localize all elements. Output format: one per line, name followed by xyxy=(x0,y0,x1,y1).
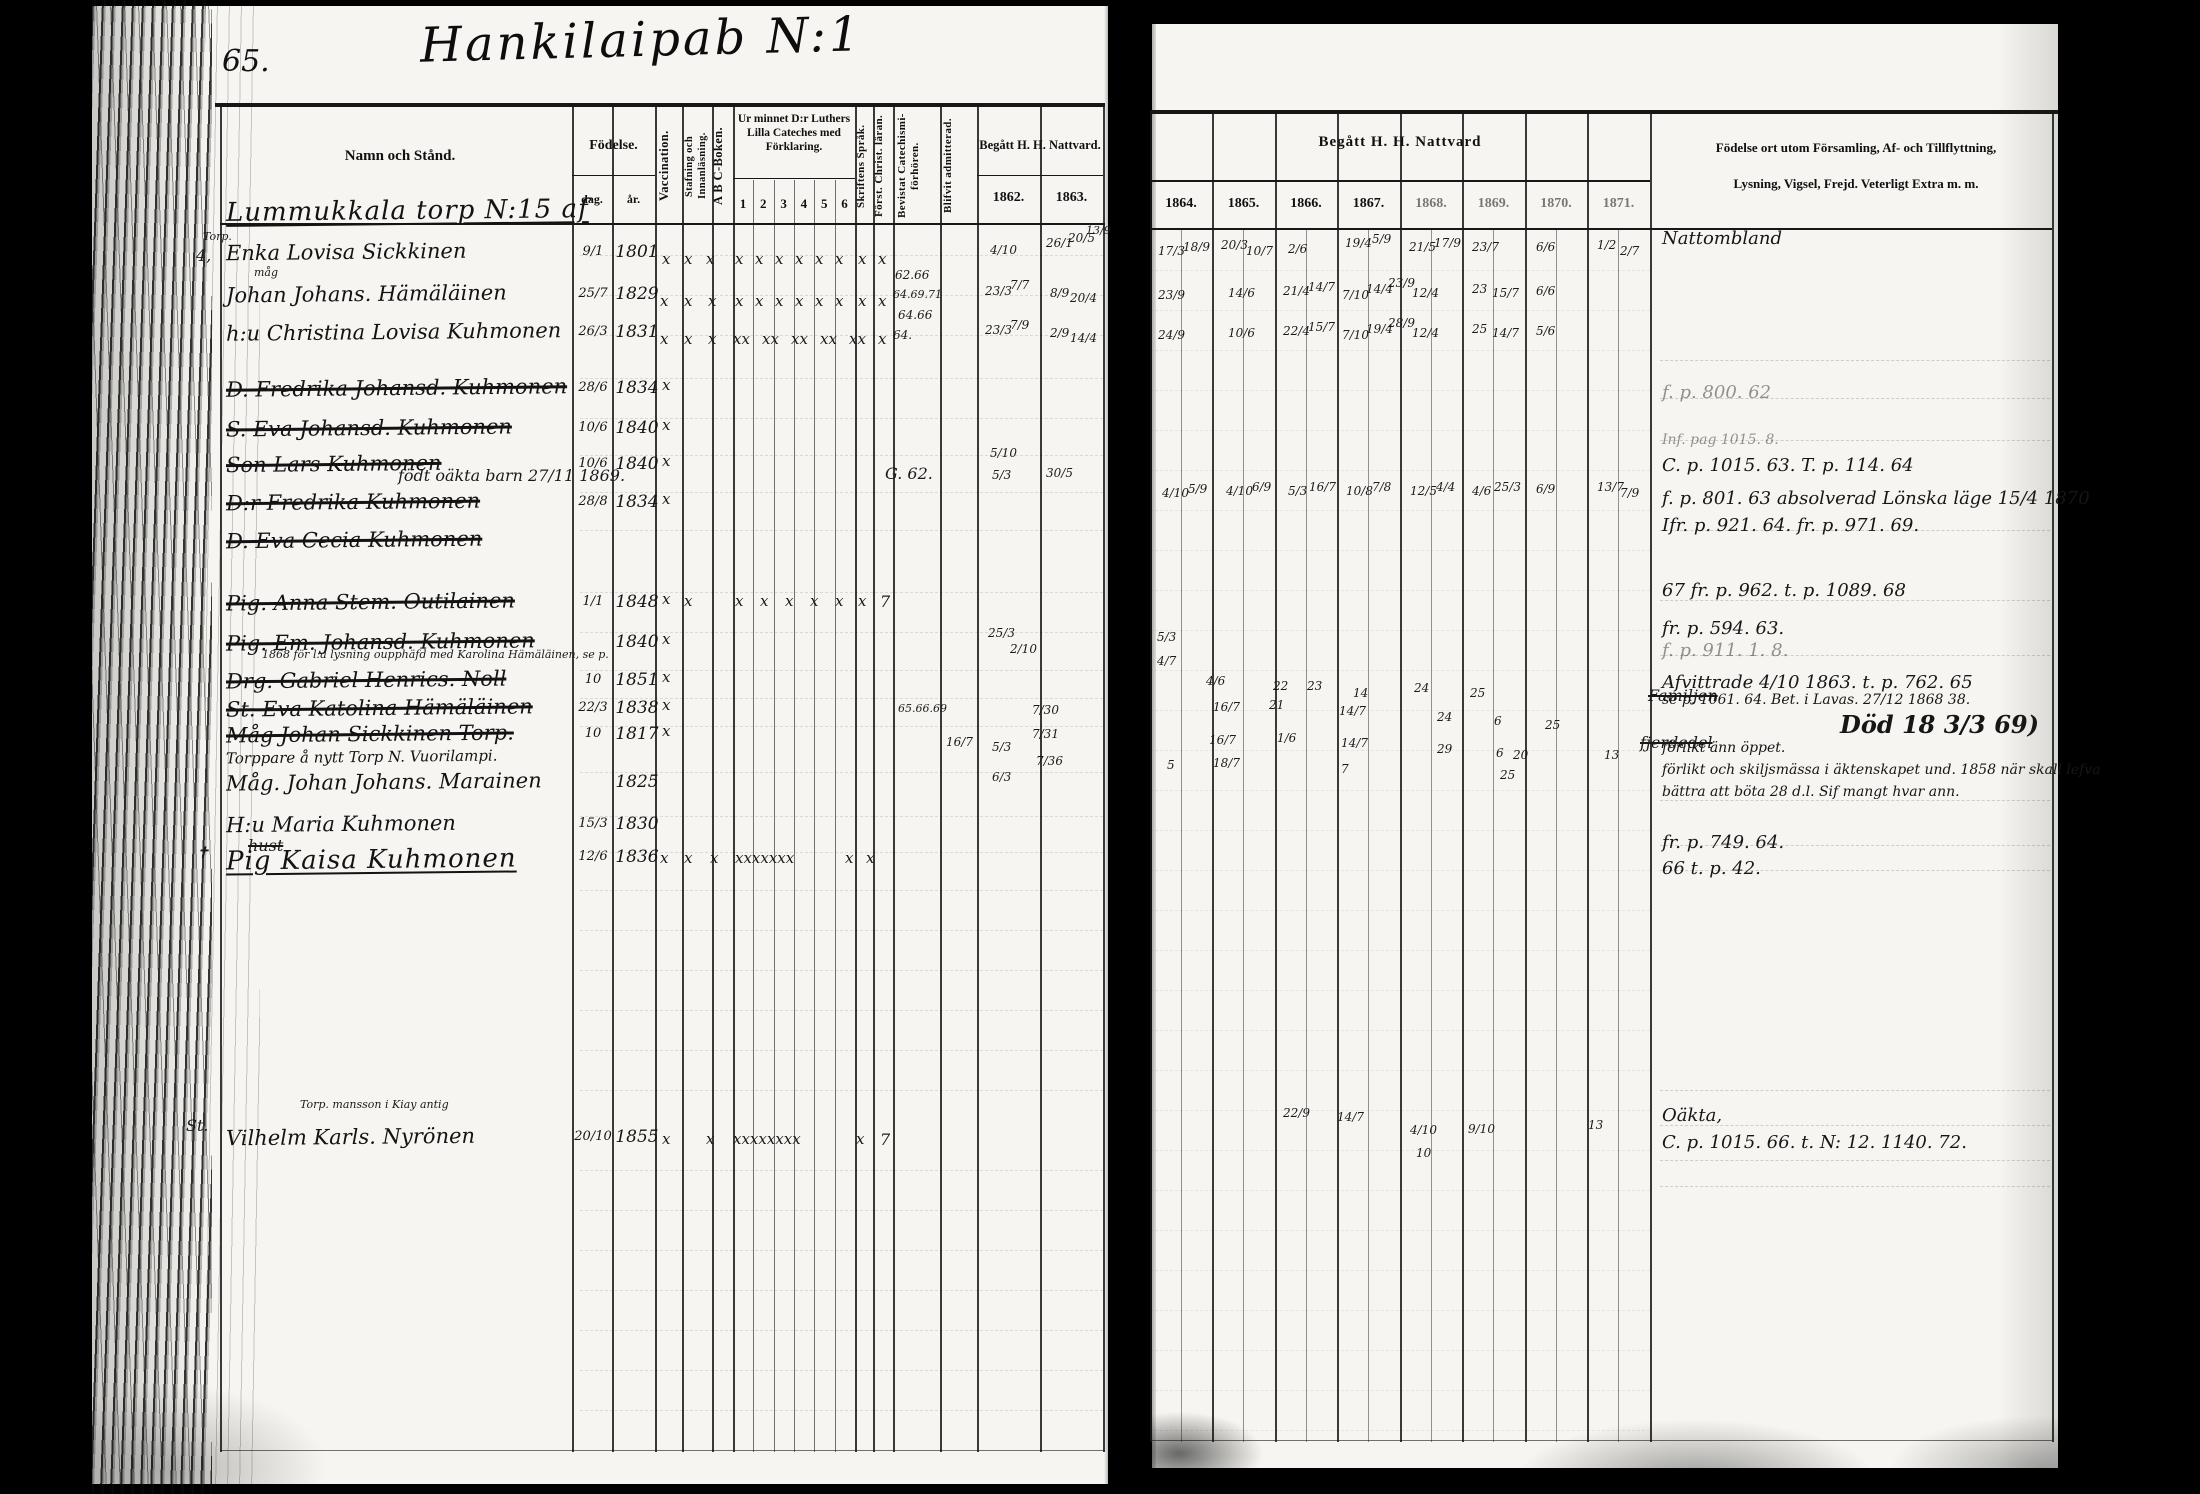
birth-day: 20/10 xyxy=(574,1129,612,1144)
handwritten-mark: 7/10 xyxy=(1342,328,1369,342)
table-line xyxy=(1150,1440,2052,1441)
table-line xyxy=(572,175,655,176)
birth-day: 9/1 xyxy=(574,244,612,259)
handwritten-mark: xxxxxxxx xyxy=(733,1130,801,1148)
faint-rule xyxy=(1660,1160,2050,1161)
handwritten-mark: 24 xyxy=(1414,681,1429,695)
handwritten-mark: 23/7 xyxy=(1472,240,1499,254)
handwritten-mark: xxxxxxx xyxy=(735,849,794,867)
handwritten-mark: x xyxy=(845,849,853,867)
faint-rule xyxy=(1150,750,1650,751)
handwritten-mark: 22/4 xyxy=(1283,324,1310,338)
table-line xyxy=(1462,112,1464,1442)
birth-year: 1801 xyxy=(614,242,660,262)
col-header-namn: Namn och Stånd. xyxy=(230,148,570,165)
handwritten-mark: 14/6 xyxy=(1228,286,1255,300)
handwritten-mark: 23/3 xyxy=(985,284,1012,298)
year-column-label: 1865. xyxy=(1213,196,1275,212)
handwritten-mark: 25 xyxy=(1472,322,1487,336)
handwritten-mark: x xyxy=(856,1130,864,1148)
record-row: Lummukkala torp N:15 af xyxy=(190,196,680,238)
col-header-stafning: Stafning och Innanläsning. xyxy=(683,110,711,222)
handwritten-mark: 7 xyxy=(1341,762,1349,776)
record-row: D. Eva Cecia Kuhmonen xyxy=(190,528,680,570)
col-header-skriftens: Skriftens Språk. xyxy=(855,110,873,222)
margin-annotation: f. p. 800. 62 xyxy=(1662,382,1771,403)
handwritten-mark: x xyxy=(878,330,886,348)
handwritten-mark: 10 xyxy=(1416,1146,1431,1160)
faint-rule xyxy=(580,1090,1103,1091)
birth-year: 1829 xyxy=(614,284,660,304)
handwritten-mark: 21 xyxy=(1269,698,1284,712)
birth-day: 28/6 xyxy=(574,380,612,395)
faint-rule xyxy=(1150,990,1650,991)
faint-rule xyxy=(1150,510,1650,511)
year-column-label: 1868. xyxy=(1400,196,1462,212)
faint-rule xyxy=(1150,550,1650,551)
faint-rule xyxy=(1150,910,1650,911)
person-name: D. Fredrika Johansd. Kuhmonen xyxy=(226,374,567,402)
handwritten-mark: hust xyxy=(248,836,283,855)
handwritten-mark: x xyxy=(662,696,670,714)
handwritten-mark: x xyxy=(866,849,874,867)
handwritten-mark: 6/3 xyxy=(992,770,1011,784)
faint-rule xyxy=(1150,1190,1650,1191)
handwritten-mark: 7 xyxy=(880,1130,890,1149)
faint-rule xyxy=(1150,1030,1650,1031)
handwritten-mark: x xyxy=(755,292,763,310)
handwritten-mark: St. xyxy=(186,1116,208,1135)
handwritten-mark: 4/10 xyxy=(1410,1123,1437,1137)
handwritten-mark: 24 xyxy=(1437,710,1452,724)
page-title-handwritten: Hankilaipab N:1 xyxy=(419,6,863,74)
handwritten-mark: 9/10 xyxy=(1468,1122,1495,1136)
faint-rule xyxy=(1660,360,2050,361)
handwritten-mark: x xyxy=(710,849,718,867)
faint-rule xyxy=(1150,1230,1650,1231)
margin-annotation: Nattombland xyxy=(1662,228,1782,249)
record-row: h:u Christina Lovisa Kuhmonen26/31831 xyxy=(190,320,680,362)
col-header-forst-christ: Först. Christ. läran. xyxy=(873,110,893,222)
handwritten-mark: 14/7 xyxy=(1492,326,1519,340)
handwritten-mark: xx xyxy=(849,330,866,348)
handwritten-mark: x xyxy=(735,250,743,268)
faint-rule xyxy=(1150,1150,1650,1151)
table-line xyxy=(1150,112,1152,1442)
margin-annotation: 66 t. p. 42. xyxy=(1662,858,1761,879)
handwritten-mark: 6 xyxy=(1494,714,1502,728)
faint-rule xyxy=(1150,1390,1650,1391)
handwritten-mark: 6/6 xyxy=(1536,284,1555,298)
handwritten-mark: 2/9 xyxy=(1050,326,1069,340)
handwritten-mark: x xyxy=(835,250,843,268)
year-column-label: 1869. xyxy=(1463,196,1525,212)
handwritten-mark: x xyxy=(735,592,743,610)
handwritten-mark: x xyxy=(662,490,670,508)
handwritten-mark: 4/10 xyxy=(1162,486,1189,500)
record-row: D. Fredrika Johansd. Kuhmonen28/61834 xyxy=(190,376,680,418)
handwritten-mark: 4/7 xyxy=(1157,654,1176,668)
margin-annotation: f. p. 911. 1. 8. xyxy=(1662,640,1788,661)
handwritten-mark: x xyxy=(662,590,670,608)
margin-annotation: fr. p. 594. 63. xyxy=(1662,618,1784,639)
handwritten-mark: x xyxy=(662,416,670,434)
handwritten-mark: 13/9 xyxy=(1086,224,1111,237)
birth-day: 10 xyxy=(574,726,612,741)
birth-year: 1840 xyxy=(614,632,660,652)
year-column-label: 1867. xyxy=(1338,196,1400,212)
record-row: Johan Johans. Hämäläinen25/71829 xyxy=(190,282,680,324)
birth-year: 1830 xyxy=(614,814,660,834)
col-header-cateches: Ur minnet D:r Luthers Lilla Cateches med… xyxy=(735,112,853,154)
faint-rule xyxy=(1660,1090,2050,1091)
year-column-label: 1871. xyxy=(1588,196,1650,212)
handwritten-mark: 18/9 xyxy=(1183,240,1210,254)
margin-annotation: se p. 1061. 64. Bet. i Lavas. 27/12 1868… xyxy=(1662,692,1970,708)
birth-day: 10 xyxy=(574,672,612,687)
handwritten-mark: 8/9 xyxy=(1050,286,1069,300)
table-line xyxy=(1150,110,2058,114)
birth-year: 1834 xyxy=(614,492,660,512)
handwritten-mark: x xyxy=(684,592,692,610)
handwritten-mark: x xyxy=(684,292,692,310)
handwritten-mark: 20/3 xyxy=(1221,238,1248,252)
record-row: Vilhelm Karls. Nyrönen20/101855 xyxy=(190,1125,680,1167)
handwritten-mark: x xyxy=(815,250,823,268)
handwritten-mark: x xyxy=(662,630,670,648)
table-line xyxy=(733,178,855,179)
handwritten-mark: G. 62. xyxy=(885,464,933,483)
handwritten-mark: 62.66 xyxy=(895,268,929,282)
handwritten-mark: x xyxy=(684,330,692,348)
handwritten-mark: x xyxy=(878,292,886,310)
birth-day: 26/3 xyxy=(574,324,612,339)
handwritten-mark: 19/4 xyxy=(1345,236,1372,250)
handwritten-mark: 7/9 xyxy=(1620,486,1639,500)
faint-rule xyxy=(1150,1110,1650,1111)
person-name: Vilhelm Karls. Nyrönen xyxy=(226,1124,475,1151)
person-name: Måg Johan Sickkinen Torp. xyxy=(226,720,514,747)
handwritten-mark: x xyxy=(708,292,716,310)
handwritten-mark: 20 xyxy=(1513,748,1528,762)
handwritten-mark: x xyxy=(662,452,670,470)
handwritten-mark: x xyxy=(662,250,670,268)
handwritten-mark: 16/7 xyxy=(1309,480,1336,494)
handwritten-mark: 7/9 xyxy=(1010,318,1029,332)
info-col-header-line1: Födelse ort utom Församling, Af- och Til… xyxy=(1660,140,2052,156)
year-column-label: 1864. xyxy=(1150,196,1212,212)
handwritten-mark: x xyxy=(878,250,886,268)
handwritten-mark: 1/6 xyxy=(1277,731,1296,745)
faint-rule xyxy=(580,930,1103,931)
faint-rule xyxy=(1150,470,1650,471)
handwritten-mark: 6 xyxy=(1496,746,1504,760)
faint-rule xyxy=(580,1410,1103,1411)
handwritten-mark: Torp. mansson i Kiay antig xyxy=(300,1098,449,1111)
handwritten-mark: x xyxy=(835,592,843,610)
abc-subcolumn-number: 5 xyxy=(814,196,834,212)
faint-rule xyxy=(1660,800,2050,801)
handwritten-mark: 64.69.71 xyxy=(893,288,942,301)
faint-rule xyxy=(1150,1350,1650,1351)
person-name: Lummukkala torp N:15 af xyxy=(226,194,589,228)
handwritten-mark: 65.66.69 xyxy=(898,702,947,715)
margin-annotation: Död 18 3/3 69) xyxy=(1840,710,2039,739)
handwritten-mark: x xyxy=(660,292,668,310)
birth-year: 1834 xyxy=(614,378,660,398)
margin-annotation: Afvittrade 4/10 1863. t. p. 762. 65 xyxy=(1662,672,1973,693)
birth-year: 1848 xyxy=(614,592,660,612)
person-name: Måg. Johan Johans. Marainen xyxy=(226,768,542,795)
margin-annotation: Ifr. p. 921. 64. fr. p. 971. 69. xyxy=(1662,515,1919,536)
handwritten-mark: x xyxy=(662,1130,670,1148)
handwritten-mark: x xyxy=(660,330,668,348)
handwritten-mark: födt oäkta barn 27/11 1869. xyxy=(398,466,625,485)
year-column-label: 1870. xyxy=(1525,196,1587,212)
handwritten-mark: 7 xyxy=(880,592,890,611)
handwritten-mark: 23 xyxy=(1307,679,1322,693)
faint-rule xyxy=(1150,270,1650,271)
handwritten-mark: x xyxy=(662,722,670,740)
handwritten-mark: 23/9 xyxy=(1158,288,1185,302)
handwritten-mark: 14/7 xyxy=(1339,704,1366,718)
handwritten-mark: 17/9 xyxy=(1434,236,1461,250)
handwritten-mark: 25/3 xyxy=(988,626,1015,640)
margin-annotation: fr. p. 749. 64. xyxy=(1662,832,1784,853)
record-row: D:r Fredrika Kuhmonen28/81834 xyxy=(190,490,680,532)
handwritten-mark: 4/10 xyxy=(1226,484,1253,498)
handwritten-mark: 28/9 xyxy=(1388,316,1415,330)
table-line xyxy=(1181,230,1182,1442)
handwritten-mark: x xyxy=(775,292,783,310)
margin-annotation: förlikt änn öppet. xyxy=(1662,740,1785,756)
page-number: 65. xyxy=(222,44,270,79)
record-row: Pig. Anna Stem. Outilainen1/11848 xyxy=(190,590,680,632)
handwritten-mark: 7/10 xyxy=(1342,288,1369,302)
handwritten-mark: 4/6 xyxy=(1206,674,1225,688)
handwritten-mark: 25/3 xyxy=(1494,480,1521,494)
table-line xyxy=(1556,230,1557,1442)
handwritten-mark: xx xyxy=(762,330,779,348)
handwritten-mark: x xyxy=(810,592,818,610)
handwritten-mark: xx xyxy=(791,330,808,348)
scanned-document-photo: 65. Hankilaipab N:1 Namn och Stånd. Föde… xyxy=(0,0,2200,1494)
handwritten-mark: 5/9 xyxy=(1188,482,1207,496)
abc-subcolumn-number: 3 xyxy=(774,196,794,212)
handwritten-mark: x xyxy=(775,250,783,268)
handwritten-mark: 7/31 xyxy=(1032,727,1059,741)
handwritten-mark: x xyxy=(706,250,714,268)
handwritten-mark: 5/3 xyxy=(992,468,1011,482)
col-header-abc-boken: A B C-Boken. xyxy=(712,110,732,222)
table-line xyxy=(1618,230,1619,1442)
faint-rule xyxy=(580,1210,1103,1211)
faint-rule xyxy=(1150,390,1650,391)
person-name: S. Eva Johansd. Kuhmonen xyxy=(226,415,512,442)
year-1862-63-label: 1862. xyxy=(977,190,1040,206)
person-name: St. Eva Katolina Hämäläinen xyxy=(226,694,533,721)
birth-year: 1825 xyxy=(614,772,660,792)
handwritten-mark: x xyxy=(684,250,692,268)
handwritten-mark: 6/9 xyxy=(1536,482,1555,496)
birth-day: 10/6 xyxy=(574,420,612,435)
handwritten-mark: 5/6 xyxy=(1536,324,1555,338)
handwritten-mark: 23/3 xyxy=(985,323,1012,337)
table-line xyxy=(1150,228,2052,230)
handwritten-mark: 2/6 xyxy=(1288,242,1307,256)
handwritten-mark: 4/4 xyxy=(1436,480,1455,494)
table-line xyxy=(1275,112,1277,1442)
handwritten-mark: 25 xyxy=(1545,718,1560,732)
handwritten-mark: 4, xyxy=(196,246,211,265)
handwritten-mark: x xyxy=(662,668,670,686)
faint-rule xyxy=(1660,1186,2050,1187)
faint-rule xyxy=(1150,1430,1650,1431)
handwritten-mark: 14/7 xyxy=(1337,1110,1364,1124)
faint-rule xyxy=(1150,590,1650,591)
faint-rule xyxy=(1150,1270,1650,1271)
margin-annotation: Oäkta, xyxy=(1662,1105,1722,1126)
margin-annotation: Inf. pag 1015. 8. xyxy=(1662,432,1779,448)
handwritten-mark: 64.66 xyxy=(898,308,932,322)
handwritten-mark: x xyxy=(795,292,803,310)
handwritten-mark: Torp. xyxy=(203,230,232,243)
birth-day: 28/8 xyxy=(574,494,612,509)
table-line xyxy=(1400,112,1402,1442)
handwritten-mark: x xyxy=(835,292,843,310)
birth-year: 1855 xyxy=(614,1127,660,1147)
handwritten-mark: x xyxy=(755,250,763,268)
handwritten-mark: 6/6 xyxy=(1536,240,1555,254)
handwritten-mark: 5/9 xyxy=(1372,232,1391,246)
handwritten-mark: x xyxy=(706,1130,714,1148)
birth-year: 1851 xyxy=(614,670,660,690)
handwritten-mark: 2/7 xyxy=(1620,244,1639,258)
handwritten-mark: 16/7 xyxy=(1209,733,1236,747)
handwritten-mark: 5/10 xyxy=(990,446,1017,460)
handwritten-mark: 10/7 xyxy=(1246,244,1273,258)
table-line xyxy=(1337,112,1339,1442)
faint-rule xyxy=(580,1290,1103,1291)
faint-rule xyxy=(580,1250,1103,1251)
birth-day: 12/6 xyxy=(574,849,612,864)
birth-day: 1/1 xyxy=(574,594,612,609)
handwritten-mark: x xyxy=(735,292,743,310)
handwritten-mark: 10/6 xyxy=(1228,326,1255,340)
margin-annotation: förlikt och skiljsmässa i äktenskapet un… xyxy=(1662,762,2101,778)
person-name: Torppare å nytt Torp N. Vuorilampi. xyxy=(226,747,498,768)
handwritten-mark: x xyxy=(858,250,866,268)
table-line xyxy=(1650,112,1652,1442)
faint-rule xyxy=(580,890,1103,891)
birth-day: 25/7 xyxy=(574,286,612,301)
birth-year: 1831 xyxy=(614,322,660,342)
handwritten-mark: xx xyxy=(733,330,750,348)
table-line xyxy=(977,175,1103,176)
table-line xyxy=(1493,230,1494,1442)
handwritten-mark: 64. xyxy=(893,328,912,342)
handwritten-mark: x xyxy=(708,330,716,348)
faint-rule xyxy=(1150,1310,1650,1311)
handwritten-mark: 21/5 xyxy=(1409,240,1436,254)
handwritten-mark: 15/7 xyxy=(1492,286,1519,300)
handwritten-mark: x xyxy=(858,592,866,610)
handwritten-mark: 14/4 xyxy=(1070,331,1097,345)
handwritten-mark: 15/7 xyxy=(1308,320,1335,334)
faint-rule xyxy=(580,1170,1103,1171)
margin-annotation: C. p. 1015. 66. t. N: 12. 1140. 72. xyxy=(1662,1132,1967,1153)
handwritten-mark: 16/7 xyxy=(946,735,973,749)
handwritten-mark: 25 xyxy=(1500,768,1515,782)
handwritten-mark: 10/8 xyxy=(1346,484,1373,498)
faint-rule xyxy=(1150,630,1650,631)
faint-rule xyxy=(1150,430,1650,431)
handwritten-mark: 16/7 xyxy=(1213,700,1240,714)
person-name: Pig. Anna Stem. Outilainen xyxy=(226,588,515,615)
year-1862-63-label: 1863. xyxy=(1040,190,1103,206)
table-line xyxy=(1368,230,1369,1442)
handwritten-mark: 2/10 xyxy=(1010,642,1037,656)
handwritten-mark: 14/7 xyxy=(1341,736,1368,750)
table-line xyxy=(1103,105,1105,1452)
faint-rule xyxy=(580,1050,1103,1051)
margin-annotation: f. p. 801. 63 absolverad Lönska läge 15/… xyxy=(1662,488,2090,509)
table-line xyxy=(1587,112,1589,1442)
record-row: Måg. Johan Johans. Marainen1825 xyxy=(190,770,680,812)
handwritten-mark: 25 xyxy=(1470,686,1485,700)
abc-subcolumn-number: 4 xyxy=(794,196,814,212)
person-name: D:r Fredrika Kuhmonen xyxy=(226,489,480,516)
table-line xyxy=(1525,112,1527,1442)
handwritten-mark: 30/5 xyxy=(1046,466,1073,480)
info-col-header-line2: Lysning, Vigsel, Frejd. Veterligt Extra … xyxy=(1660,176,2052,192)
col-header-bevistat: Bevistat Catechismi-förhören. xyxy=(896,110,936,222)
table-line xyxy=(1243,230,1244,1442)
handwritten-mark: 12/4 xyxy=(1412,286,1439,300)
birth-year: 1817 xyxy=(614,724,660,744)
handwritten-mark: 12/5 xyxy=(1410,484,1437,498)
handwritten-mark: 1/2 xyxy=(1597,238,1616,252)
faint-rule xyxy=(1150,310,1650,311)
margin-annotation: C. p. 1015. 63. T. p. 114. 64 xyxy=(1662,455,1914,476)
handwritten-mark: 1868 för l:a lysning oupphäfd med Karoli… xyxy=(262,648,609,661)
handwritten-mark: 4/10 xyxy=(990,243,1017,257)
handwritten-mark: 5/3 xyxy=(1157,630,1176,644)
person-name: h:u Christina Lovisa Kuhmonen xyxy=(226,318,561,346)
margin-annotation: bättra att böta 28 d.l. Sif mangt hvar a… xyxy=(1662,784,1960,800)
handwritten-mark: 14 xyxy=(1353,686,1368,700)
handwritten-mark: 5 xyxy=(1167,758,1175,772)
col-header-blifvit: Blifvit admitterad. xyxy=(942,110,974,222)
person-name: Enka Lovisa Sickkinen xyxy=(226,239,467,266)
handwritten-mark: ✝ xyxy=(196,843,209,862)
handwritten-mark: 18/7 xyxy=(1213,756,1240,770)
faint-rule xyxy=(580,1330,1103,1331)
person-name: Johan Johans. Hämäläinen xyxy=(226,281,507,308)
person-name: Drg. Gabriel Henrics. Noll xyxy=(226,667,507,694)
faint-rule xyxy=(1150,870,1650,871)
handwritten-mark: 7/30 xyxy=(1032,703,1059,717)
handwritten-mark: x xyxy=(662,376,670,394)
table-line xyxy=(220,1450,1105,1451)
handwritten-mark: 13 xyxy=(1588,1118,1603,1132)
handwritten-mark: 5/3 xyxy=(992,740,1011,754)
birth-year: 1838 xyxy=(614,698,660,718)
faint-rule xyxy=(1150,830,1650,831)
faint-rule xyxy=(1150,950,1650,951)
handwritten-mark: 5/3 xyxy=(1288,484,1307,498)
birth-year: 1840 xyxy=(614,418,660,438)
